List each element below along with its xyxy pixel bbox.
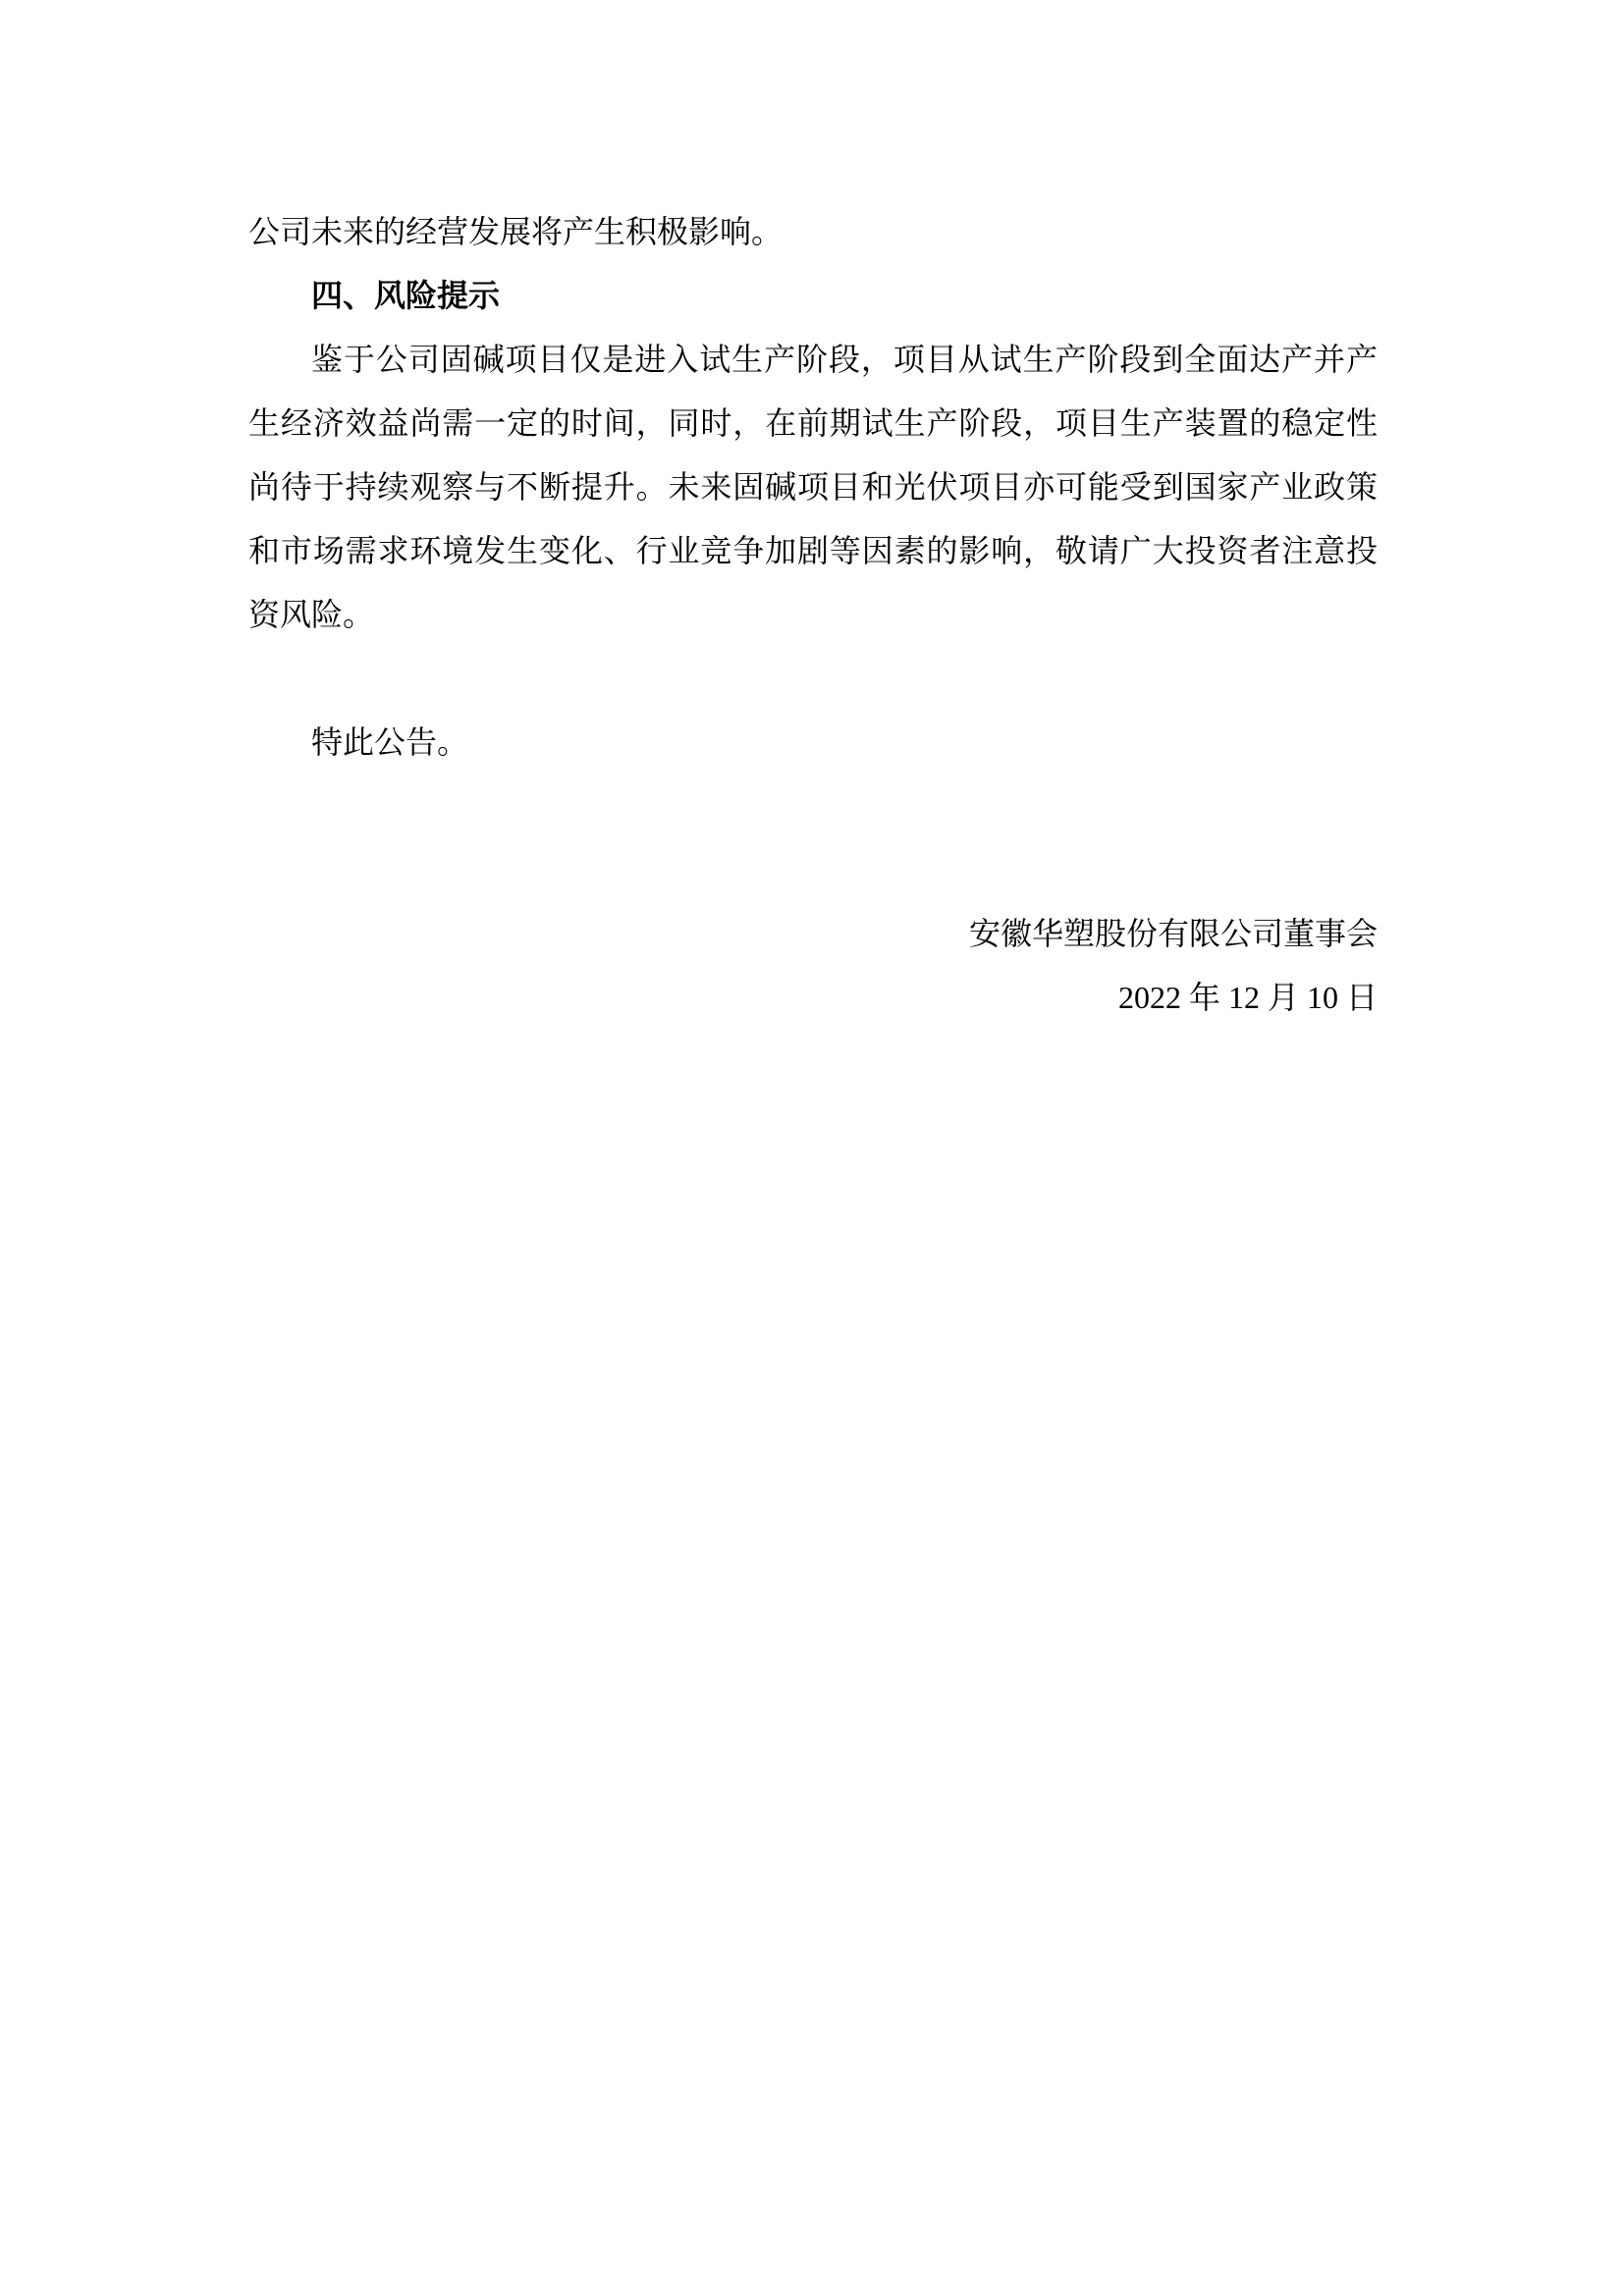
document-page: 公司未来的经营发展将产生积极影响。 四、风险提示 鉴于公司固碱项目仅是进入试生产… — [0, 0, 1624, 2296]
section-heading-risk-notice: 四、风险提示 — [248, 264, 1378, 328]
signature-date: 2022 年 12 月 10 日 — [248, 966, 1378, 1030]
signature-company: 安徽华塑股份有限公司董事会 — [248, 902, 1378, 966]
signature-block: 安徽华塑股份有限公司董事会 2022 年 12 月 10 日 — [248, 902, 1378, 1030]
closing-statement: 特此公告。 — [248, 711, 1378, 774]
risk-notice-paragraph: 鉴于公司固碱项目仅是进入试生产阶段，项目从试生产阶段到全面达产并产生经济效益尚需… — [248, 328, 1378, 647]
document-content: 公司未来的经营发展将产生积极影响。 四、风险提示 鉴于公司固碱项目仅是进入试生产… — [248, 200, 1378, 1030]
paragraph-continuation: 公司未来的经营发展将产生积极影响。 — [248, 200, 1378, 264]
